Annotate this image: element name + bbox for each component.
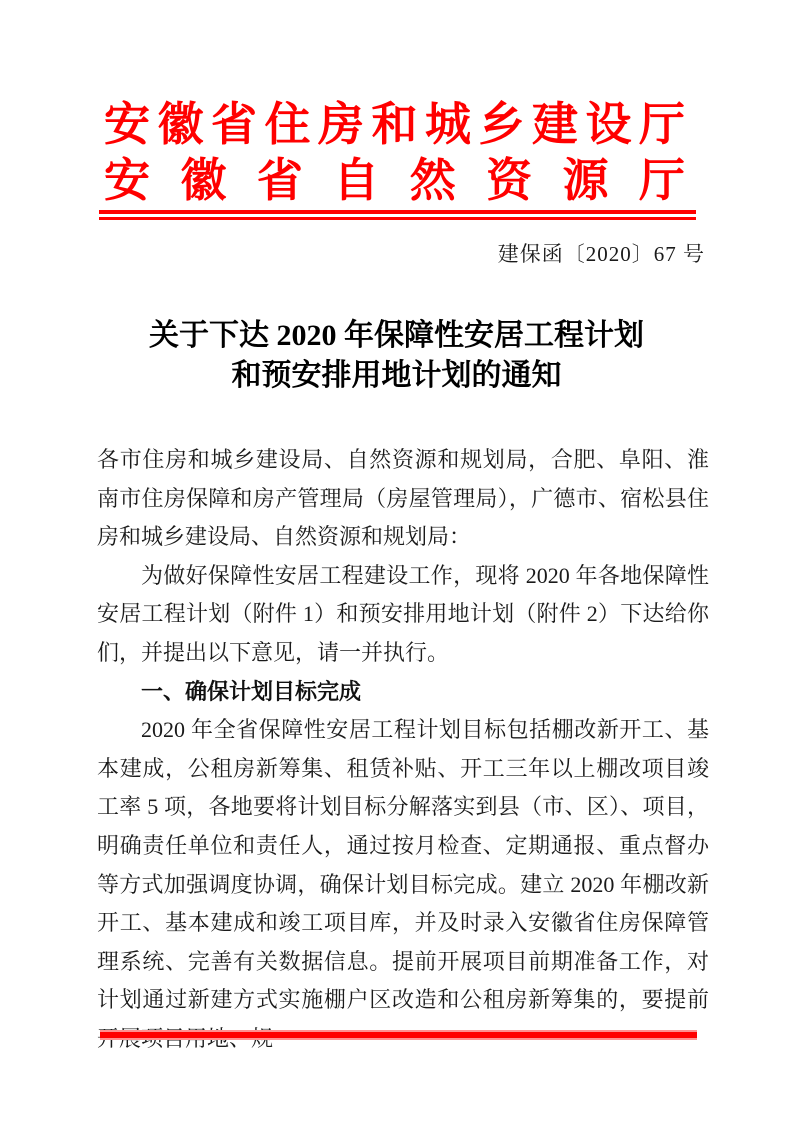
section-1-paragraph: 2020 年全省保障性安居工程计划目标包括棚改新开工、基本建成，公租房新筹集、租… bbox=[97, 711, 709, 1058]
agency-name-line-1: 安徽省住房和城乡建设厅 bbox=[104, 97, 686, 153]
letterhead: 安徽省住房和城乡建设厅 安 徽 省 自 然 资 源 厅 bbox=[104, 97, 686, 209]
document-title-line-1: 关于下达 2020 年保障性安居工程计划 bbox=[96, 316, 697, 356]
document-number: 建保函〔2020〕67 号 bbox=[498, 241, 705, 267]
letterhead-divider-rule bbox=[99, 210, 696, 220]
recipients-paragraph: 各市住房和城乡建设局、自然资源和规划局，合肥、阜阳、淮南市住房保障和房产管理局（… bbox=[97, 441, 709, 557]
document-page: 安徽省住房和城乡建设厅 安 徽 省 自 然 资 源 厅 建保函〔2020〕67 … bbox=[0, 0, 793, 1122]
page-footer-rule bbox=[100, 1030, 697, 1040]
agency-name-line-2: 安 徽 省 自 然 资 源 厅 bbox=[104, 153, 686, 209]
document-title-line-2: 和预安排用地计划的通知 bbox=[96, 356, 697, 396]
section-1-heading: 一、确保计划目标完成 bbox=[97, 673, 709, 712]
document-body: 各市住房和城乡建设局、自然资源和规划局，合肥、阜阳、淮南市住房保障和房产管理局（… bbox=[97, 441, 709, 1059]
intro-paragraph: 为做好保障性安居工程建设工作，现将 2020 年各地保障性安居工程计划（附件 1… bbox=[97, 557, 709, 673]
document-title: 关于下达 2020 年保障性安居工程计划 和预安排用地计划的通知 bbox=[96, 316, 697, 396]
